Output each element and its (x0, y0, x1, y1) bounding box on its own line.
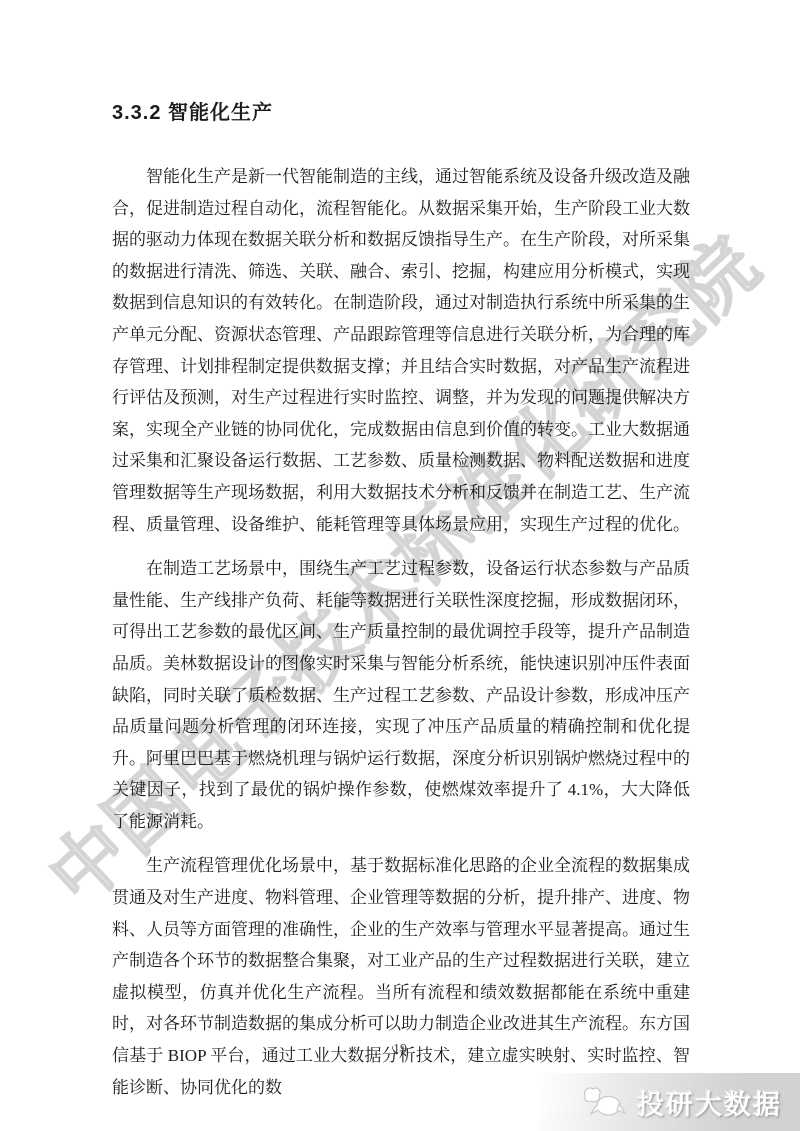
page-content: 3.3.2 智能化生产 智能化生产是新一代智能制造的主线，通过智能系统及设备升级… (112, 96, 690, 1116)
paragraph-production-flow-optimization: 生产流程管理优化场景中，基于数据标准化思路的企业全流程的数据集成贯通及对生产进度… (112, 850, 690, 1103)
section-heading: 3.3.2 智能化生产 (112, 96, 690, 125)
paragraph-manufacturing-process-scenario: 在制造工艺场景中，围绕生产工艺过程参数，设备运行状态参数与产品质量性能、生产线排… (112, 553, 690, 837)
page-number: 19 (0, 1042, 800, 1058)
brand-label: 投研大数据 (637, 1083, 782, 1122)
document-page: 中国电子技术标准化研究院 3.3.2 智能化生产 智能化生产是新一代智能制造的主… (0, 0, 800, 1131)
paragraph-intelligent-production-overview: 智能化生产是新一代智能制造的主线，通过智能系统及设备升级改造及融合，促进制造过程… (112, 161, 690, 540)
brand-watermark-bar: 投研大数据 (538, 1073, 800, 1131)
whale-doodle-icon (577, 1082, 629, 1123)
